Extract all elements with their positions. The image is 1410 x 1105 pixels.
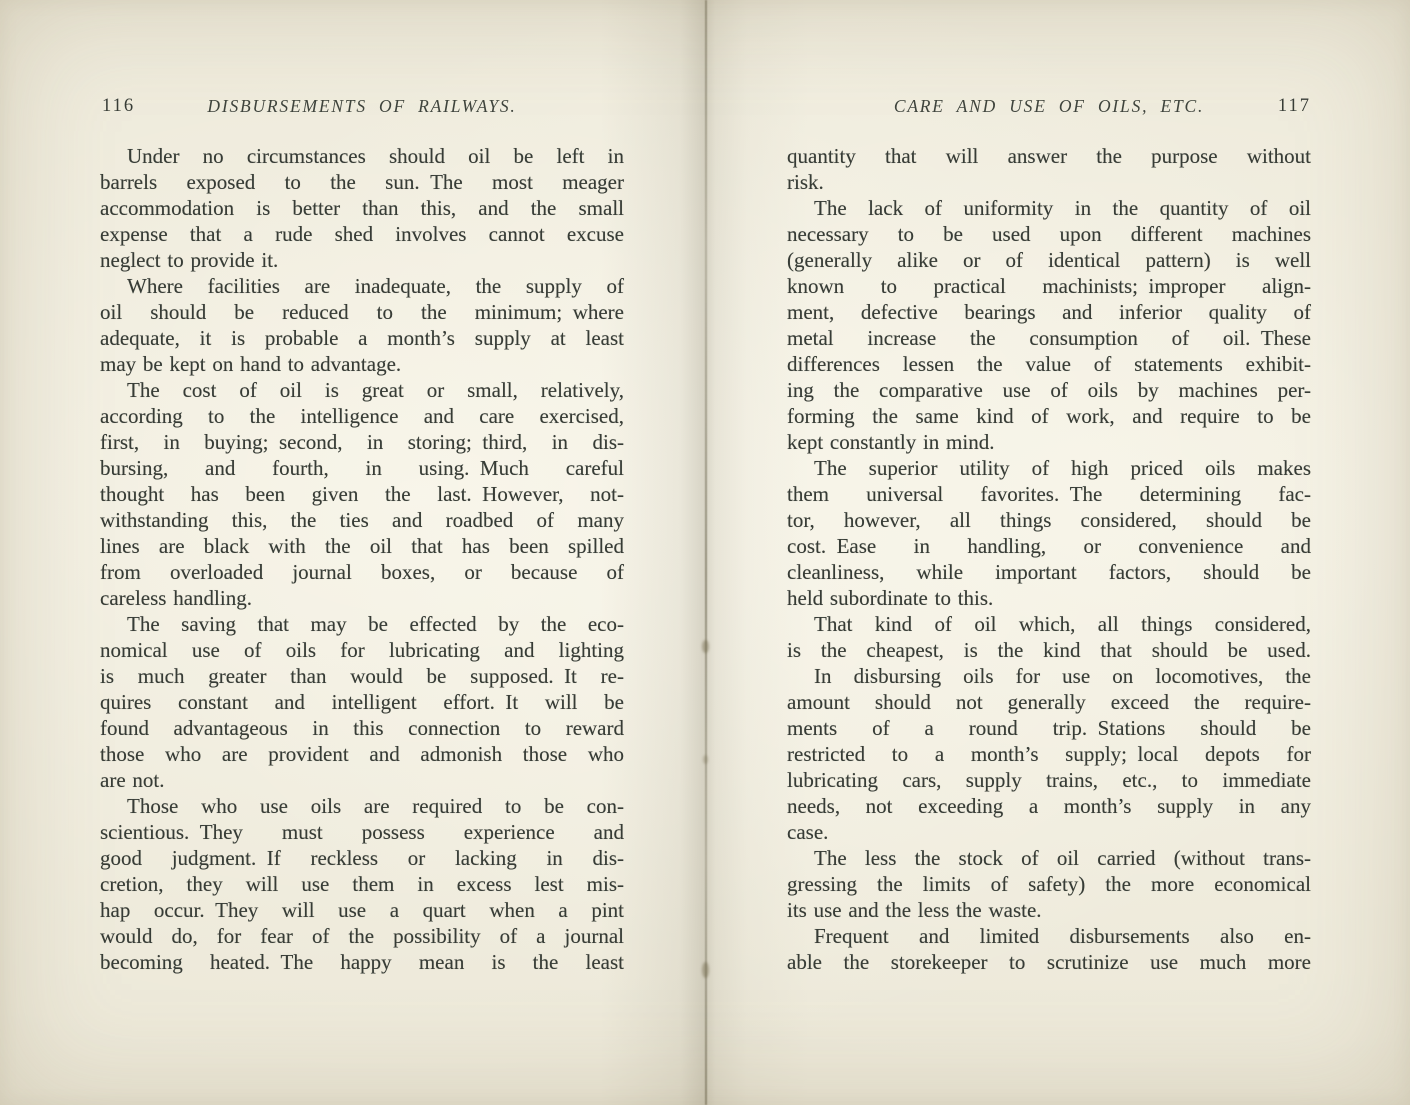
text-line: them universal favorites. The determinin… bbox=[787, 481, 1311, 507]
text-line: ments of a round trip. Stations should b… bbox=[787, 715, 1311, 741]
text-line: nomical use of oils for lubricating and … bbox=[100, 637, 624, 663]
text-line: metal increase the consumption of oil. T… bbox=[787, 325, 1311, 351]
text-line: quires constant and intelligent effort. … bbox=[100, 689, 624, 715]
text-line: risk. bbox=[787, 169, 1311, 195]
text-line: those who are provident and admonish tho… bbox=[100, 741, 624, 767]
text-line: Those who use oils are required to be co… bbox=[100, 793, 624, 819]
paragraph: That kind of oil which, all things consi… bbox=[787, 611, 1311, 663]
paragraph: The lack of uniformity in the quantity o… bbox=[787, 195, 1311, 455]
text-line: The saving that may be effected by the e… bbox=[100, 611, 624, 637]
text-line: In disbursing oils for use on locomotive… bbox=[787, 663, 1311, 689]
text-line: accommodation is better than this, and t… bbox=[100, 195, 624, 221]
text-line: ing the comparative use of oils by machi… bbox=[787, 377, 1311, 403]
text-line: good judgment. If reckless or lacking in… bbox=[100, 845, 624, 871]
text-line: The cost of oil is great or small, relat… bbox=[100, 377, 624, 403]
paragraph: Under no circumstances should oil be lef… bbox=[100, 143, 624, 273]
gutter-crease-line bbox=[705, 0, 707, 1105]
text-line: its use and the less the waste. bbox=[787, 897, 1311, 923]
text-line: adequate, it is probable a month’s suppl… bbox=[100, 325, 624, 351]
text-line: able the storekeeper to scrutinize use m… bbox=[787, 949, 1311, 975]
paragraph: The saving that may be effected by the e… bbox=[100, 611, 624, 793]
text-line: The less the stock of oil carried (witho… bbox=[787, 845, 1311, 871]
right-page-text: quantity that will answer the purpose wi… bbox=[787, 143, 1311, 975]
text-line: hap occur. They will use a quart when a … bbox=[100, 897, 624, 923]
paragraph: Frequent and limited disbursements also … bbox=[787, 923, 1311, 975]
text-line: are not. bbox=[100, 767, 624, 793]
paragraph: The less the stock of oil carried (witho… bbox=[787, 845, 1311, 923]
page-right: CARE AND USE OF OILS, ETC. 117 quantity … bbox=[787, 96, 1311, 975]
paragraph: The superior utility of high priced oils… bbox=[787, 455, 1311, 611]
text-line: The superior utility of high priced oils… bbox=[787, 455, 1311, 481]
text-line: kept constantly in mind. bbox=[787, 429, 1311, 455]
text-line: according to the intelligence and care e… bbox=[100, 403, 624, 429]
text-line: ment, defective bearings and inferior qu… bbox=[787, 299, 1311, 325]
gutter-crease-mark bbox=[702, 640, 709, 653]
text-line: quantity that will answer the purpose wi… bbox=[787, 143, 1311, 169]
text-line: Frequent and limited disbursements also … bbox=[787, 923, 1311, 949]
text-line: Under no circumstances should oil be lef… bbox=[100, 143, 624, 169]
text-line: bursing, and fourth, in using. Much care… bbox=[100, 455, 624, 481]
page-left: 116 DISBURSEMENTS OF RAILWAYS. Under no … bbox=[100, 96, 624, 975]
text-line: thought has been given the last. However… bbox=[100, 481, 624, 507]
text-line: becoming heated. The happy mean is the l… bbox=[100, 949, 624, 975]
text-line: needs, not exceeding a month’s supply in… bbox=[787, 793, 1311, 819]
right-running-head: CARE AND USE OF OILS, ETC. 117 bbox=[787, 96, 1311, 122]
text-line: The lack of uniformity in the quantity o… bbox=[787, 195, 1311, 221]
left-running-head: 116 DISBURSEMENTS OF RAILWAYS. bbox=[100, 96, 624, 122]
text-line: cost. Ease in handling, or convenience a… bbox=[787, 533, 1311, 559]
text-line: scientious. They must possess experience… bbox=[100, 819, 624, 845]
paragraph: Where facilities are inadequate, the sup… bbox=[100, 273, 624, 377]
gutter-crease-mark bbox=[702, 962, 709, 978]
paragraph: Those who use oils are required to be co… bbox=[100, 793, 624, 975]
text-line: cleanliness, while important factors, sh… bbox=[787, 559, 1311, 585]
text-line: known to practical machinists; improper … bbox=[787, 273, 1311, 299]
text-line: is the cheapest, is the kind that should… bbox=[787, 637, 1311, 663]
text-line: Where facilities are inadequate, the sup… bbox=[100, 273, 624, 299]
text-line: neglect to provide it. bbox=[100, 247, 624, 273]
paragraph: In disbursing oils for use on locomotive… bbox=[787, 663, 1311, 845]
gutter-crease-mark bbox=[703, 755, 708, 764]
text-line: differences lessen the value of statemen… bbox=[787, 351, 1311, 377]
text-line: expense that a rude shed involves cannot… bbox=[100, 221, 624, 247]
text-line: careless handling. bbox=[100, 585, 624, 611]
text-line: lubricating cars, supply trains, etc., t… bbox=[787, 767, 1311, 793]
text-line: case. bbox=[787, 819, 1311, 845]
text-line: is much greater than would be supposed. … bbox=[100, 663, 624, 689]
text-line: oil should be reduced to the minimum; wh… bbox=[100, 299, 624, 325]
text-line: barrels exposed to the sun. The most mea… bbox=[100, 169, 624, 195]
text-line: may be kept on hand to advantage. bbox=[100, 351, 624, 377]
text-line: forming the same kind of work, and requi… bbox=[787, 403, 1311, 429]
text-line: would do, for fear of the possibility of… bbox=[100, 923, 624, 949]
right-running-title: CARE AND USE OF OILS, ETC. bbox=[894, 96, 1204, 116]
text-line: cretion, they will use them in excess le… bbox=[100, 871, 624, 897]
paragraph: quantity that will answer the purpose wi… bbox=[787, 143, 1311, 195]
text-line: lines are black with the oil that has be… bbox=[100, 533, 624, 559]
left-page-text: Under no circumstances should oil be lef… bbox=[100, 143, 624, 975]
text-line: gressing the limits of safety) the more … bbox=[787, 871, 1311, 897]
text-line: That kind of oil which, all things consi… bbox=[787, 611, 1311, 637]
text-line: found advantageous in this connection to… bbox=[100, 715, 624, 741]
paragraph: The cost of oil is great or small, relat… bbox=[100, 377, 624, 611]
text-line: restricted to a month’s supply; local de… bbox=[787, 741, 1311, 767]
text-line: necessary to be used upon different mach… bbox=[787, 221, 1311, 247]
text-line: (generally alike or of identical pattern… bbox=[787, 247, 1311, 273]
text-line: tor, however, all things considered, sho… bbox=[787, 507, 1311, 533]
text-line: from overloaded journal boxes, or becaus… bbox=[100, 559, 624, 585]
text-line: held subordinate to this. bbox=[787, 585, 1311, 611]
right-page-number: 117 bbox=[1278, 96, 1311, 117]
text-line: amount should not generally exceed the r… bbox=[787, 689, 1311, 715]
left-page-number: 116 bbox=[102, 96, 135, 117]
book-spread: 116 DISBURSEMENTS OF RAILWAYS. Under no … bbox=[0, 0, 1410, 1105]
text-line: first, in buying; second, in storing; th… bbox=[100, 429, 624, 455]
text-line: withstanding this, the ties and roadbed … bbox=[100, 507, 624, 533]
left-running-title: DISBURSEMENTS OF RAILWAYS. bbox=[207, 96, 516, 116]
